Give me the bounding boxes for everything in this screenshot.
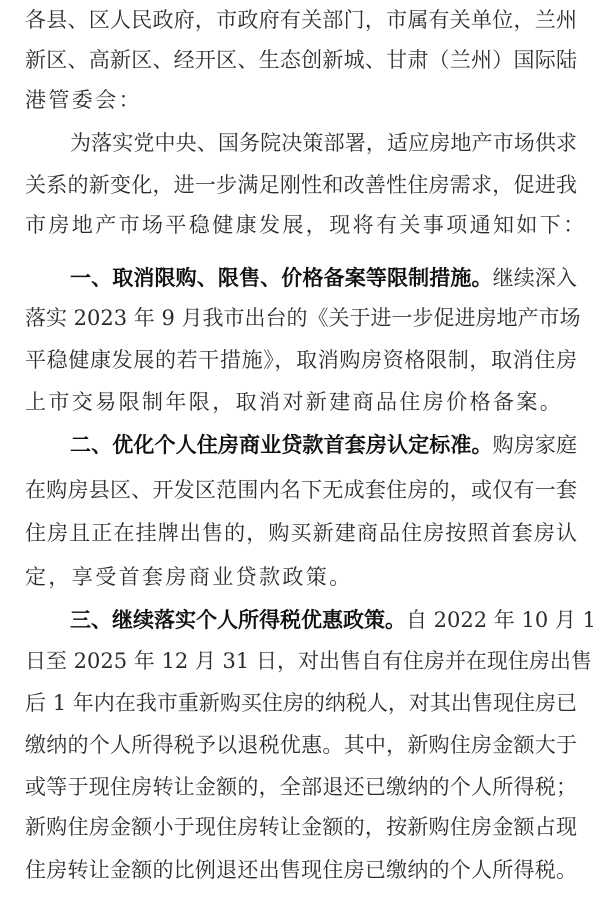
salutation-line-2: 新区、高新区、经开区、生态创新城、甘肃（兰州）国际陆 xyxy=(25,45,577,75)
section-1-heading: 一、取消限购、限售、价格备案等限制措施。 xyxy=(70,266,493,290)
section-3-line-7: 住房转让金额的比例退还出售现住房已缴纳的个人所得税。 xyxy=(25,855,577,885)
section-1-line-2: 落实 2023 年 9 月我市出台的《关于进一步促进房地产市场 xyxy=(25,303,577,333)
section-2-line-2: 在购房县区、开发区范围内名下无成套住房的，或仅有一套 xyxy=(25,475,577,505)
section-3-lead-text: 自 2022 年 10 月 1 xyxy=(406,608,596,632)
section-2-first-line: 二、优化个人住房商业贷款首套房认定标准。购房家庭 xyxy=(70,430,577,460)
intro-line-1: 为落实党中央、国务院决策部署，适应房地产市场供求 xyxy=(70,128,577,158)
section-2-line-4: 定，享受首套房商业贷款政策。 xyxy=(25,562,577,592)
section-2-lead-text: 购房家庭 xyxy=(493,433,577,457)
section-1-first-line: 一、取消限购、限售、价格备案等限制措施。继续深入 xyxy=(70,263,577,293)
section-3-line-4: 缴纳的个人所得税予以退税优惠。其中，新购住房金额大于 xyxy=(25,730,577,760)
section-3-line-3: 后 1 年内在我市重新购买住房的纳税人，对其出售现住房已 xyxy=(25,688,577,718)
salutation-line-3: 港管委会： xyxy=(25,85,577,115)
section-3-heading: 三、继续落实个人所得税优惠政策。 xyxy=(70,608,406,632)
section-3-first-line: 三、继续落实个人所得税优惠政策。自 2022 年 10 月 1 xyxy=(70,605,577,635)
section-3-line-6: 新购住房金额小于现住房转让金额的，按新购住房金额占现 xyxy=(25,812,577,842)
section-3-line-5: 或等于现住房转让金额的，全部退还已缴纳的个人所得税； xyxy=(25,772,577,802)
section-2-heading: 二、优化个人住房商业贷款首套房认定标准。 xyxy=(70,433,493,457)
intro-line-3: 市房地产市场平稳健康发展，现将有关事项通知如下： xyxy=(25,210,577,240)
salutation-line-1: 各县、区人民政府，市政府有关部门，市属有关单位，兰州 xyxy=(25,5,577,35)
section-1-line-3: 平稳健康发展的若干措施》，取消购房资格限制，取消住房 xyxy=(25,345,577,375)
section-2-line-3: 住房且正在挂牌出售的，购买新建商品住房按照首套房认 xyxy=(25,518,577,548)
section-1-lead-text: 继续深入 xyxy=(493,266,577,290)
section-1-line-4: 上市交易限制年限，取消对新建商品住房价格备案。 xyxy=(25,387,577,417)
intro-line-2: 关系的新变化，进一步满足刚性和改善性住房需求，促进我 xyxy=(25,170,577,200)
section-3-line-2: 日至 2025 年 12 月 31 日，对出售自有住房并在现住房出售 xyxy=(25,646,577,676)
document-page: 各县、区人民政府，市政府有关部门，市属有关单位，兰州 新区、高新区、经开区、生态… xyxy=(0,0,600,905)
